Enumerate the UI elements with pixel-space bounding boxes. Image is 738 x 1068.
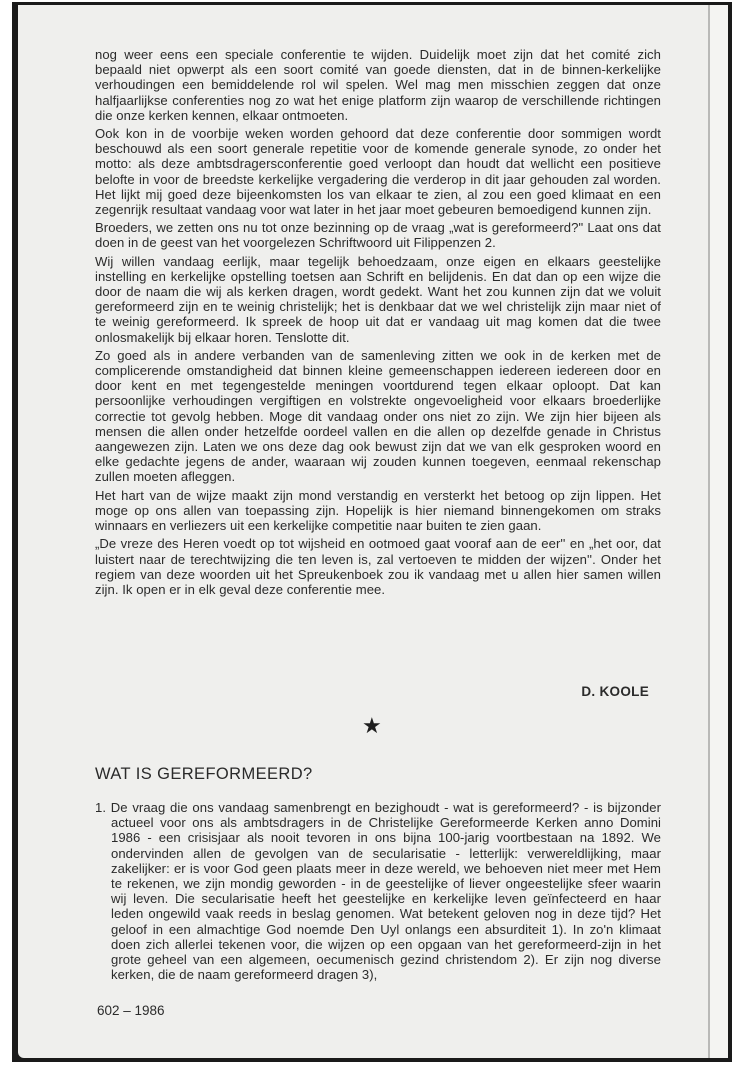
paragraph: Broeders, we zetten ons nu tot onze bezi…	[95, 220, 661, 250]
star-icon: ★	[362, 715, 382, 737]
author-signature: D. KOOLE	[500, 684, 649, 699]
paragraph: Wij willen vandaag eerlijk, maar tegelij…	[95, 254, 661, 345]
paragraph-number: 1.	[95, 800, 106, 815]
intro-text: nog weer eens een speciale conferentie t…	[95, 47, 661, 600]
paragraph: „De vreze des Heren voedt op tot wijshei…	[95, 536, 661, 597]
paragraph: Ook kon in de voorbije weken worden geho…	[95, 126, 661, 217]
section-text: 1. De vraag die ons vandaag samenbrengt …	[95, 800, 661, 985]
paragraph: nog weer eens een speciale conferentie t…	[95, 47, 661, 123]
paragraph: Zo goed als in andere verbanden van de s…	[95, 348, 661, 485]
numbered-paragraph: 1. De vraag die ons vandaag samenbrengt …	[95, 800, 661, 982]
page-number: 602 – 1986	[97, 1003, 165, 1018]
section-heading: WAT IS GEREFORMEERD?	[95, 765, 313, 784]
paragraph-text: De vraag die ons vandaag samenbrengt en …	[111, 800, 661, 982]
paragraph: Het hart van de wijze maakt zijn mond ve…	[95, 488, 661, 534]
page-margin-strip	[710, 5, 728, 1058]
